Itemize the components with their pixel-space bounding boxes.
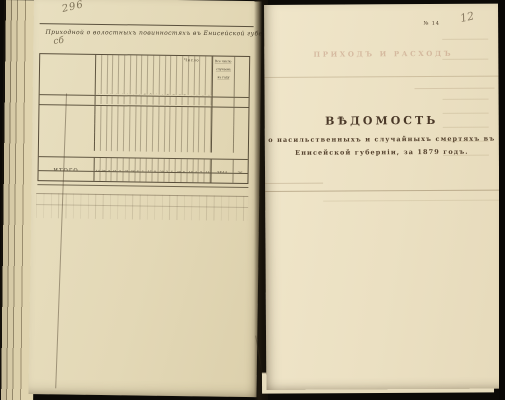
total-value: 5 — [136, 169, 139, 171]
column-header-label: Самоуб. — [160, 94, 164, 95]
total-kop-cell: 36 — [233, 160, 247, 173]
kop-cell: 5 — [233, 135, 247, 144]
inserted-sheet-edge — [40, 23, 254, 27]
column-header-label: Паденія — [171, 94, 175, 95]
row-label-cell: — Минусинскомъ . — [39, 141, 95, 151]
printed-page-number: № 14 — [424, 20, 440, 26]
total-value: 281 — [159, 170, 162, 172]
total-label: ИТОГО — [46, 166, 87, 171]
column-header-label: Скоропост. — [154, 94, 158, 95]
page-subtitle-line2: Енисейской губерніи, за 1879 годъ. — [265, 148, 499, 157]
rub-cell: 783 — [211, 107, 233, 116]
column-header-label: Сгорѣвш. — [131, 93, 135, 94]
left-page-heading: Приходной о волостныхъ повинностяхъ въ Е… — [45, 29, 249, 37]
column-header-label: Замерзш. — [113, 93, 117, 94]
total-value: 1 — [142, 170, 145, 172]
total-value: 106 — [188, 170, 191, 172]
subheader-cols — [96, 96, 212, 107]
statistics-table: Число Утонувш.Удавивш.Угорѣвш.Замерзш.Оп… — [37, 53, 250, 184]
total-column-header: Все числослучаевъвъ году — [212, 56, 235, 96]
showthrough-grid — [36, 193, 248, 221]
tail-kop — [232, 174, 246, 183]
column-header-label: Удавивш. — [102, 93, 106, 94]
total-kop-value: 36 — [236, 170, 245, 173]
showthrough-line — [443, 99, 489, 100]
left-page: 296 Приходной о волостныхъ повинностяхъ … — [28, 0, 262, 397]
total-value: 3 — [165, 170, 168, 172]
column-header-label: Угорѣвш. — [108, 93, 112, 94]
total-rub-value: 3544 — [215, 170, 229, 173]
data-cell: — — [205, 125, 211, 134]
total-value: 5 — [171, 170, 174, 172]
rotated-headers: Число Утонувш.Удавивш.Угорѣвш.Замерзш.Оп… — [96, 55, 212, 97]
total-value: 8 — [154, 170, 157, 172]
total-value: 7 — [200, 170, 203, 172]
column-header-label: Отъ ранъ — [177, 94, 181, 95]
data-cell: — — [206, 107, 212, 116]
total-value: 41 — [113, 169, 116, 171]
showthrough-line — [415, 88, 495, 89]
total-value: 6 — [183, 170, 186, 172]
table-header-row: Число Утонувш.Удавивш.Угорѣвш.Замерзш.Оп… — [40, 54, 250, 98]
data-cell: — — [205, 116, 211, 125]
total-value: 2 — [119, 169, 122, 171]
showthrough-line — [264, 76, 498, 78]
total-value: 14 — [96, 169, 99, 171]
column-header-label: Опивш. — [119, 93, 123, 94]
column-header-label: Задавлен. — [137, 93, 141, 94]
total-value: 11 — [206, 170, 209, 172]
rub-cell: 448 — [211, 116, 233, 125]
rub-header: Руб. — [211, 97, 233, 106]
handwritten-folio-12: 12 — [459, 9, 475, 25]
total-rub-cell: 3544 — [211, 159, 233, 172]
total-value: 212 — [125, 169, 128, 171]
table-tail-row — [38, 171, 247, 183]
data-cell: — — [205, 134, 211, 143]
kop-cell: — — [233, 126, 247, 135]
column-header-label: Утонувш. — [96, 93, 100, 94]
column-header-label: Неизвѣст. — [189, 94, 193, 95]
kop-cell: 36 — [233, 117, 247, 126]
column-header-label: Женщинъ — [206, 94, 210, 95]
showthrough-line — [442, 39, 488, 40]
table-stub-header — [40, 54, 97, 95]
column-header-label: Мужчинъ — [200, 94, 204, 95]
column-header-label: Случайно — [183, 94, 187, 95]
showthrough-line — [265, 190, 499, 192]
total-title-line: Все число — [215, 60, 232, 64]
tail-stub — [38, 171, 94, 181]
rub-cell: 934 — [211, 143, 233, 152]
handwritten-folio-296: 296 — [61, 0, 85, 15]
kop-cell: 36 — [233, 144, 247, 153]
right-black-border — [499, 0, 505, 400]
total-value: 36 — [130, 169, 133, 171]
tail-rub — [210, 173, 232, 182]
total-column-title: Все числослучаевъвъ году — [213, 57, 234, 84]
table-double-rule — [37, 184, 248, 188]
rub-cell: 579 — [211, 134, 233, 143]
book-scan: 296 Приходной о волостныхъ повинностяхъ … — [0, 0, 505, 400]
total-value: 96 — [101, 169, 104, 171]
rub-cell: 800 — [211, 125, 233, 134]
subheader-cell — [206, 97, 212, 105]
total-value: 156 — [148, 170, 151, 172]
page-subtitle-line1: о насильственныхъ и случайныхъ смертяхъ … — [265, 135, 499, 144]
total-column-header-b — [234, 57, 249, 97]
showthrough-line — [265, 183, 323, 184]
total-title-line: случаевъ — [216, 68, 231, 72]
page-title: ВѢДОМОСТЬ — [265, 114, 499, 128]
kop-header: Коп. — [233, 98, 247, 107]
data-cell: — — [205, 143, 211, 152]
column-header-label: Молніею — [148, 94, 152, 95]
showthrough-line — [323, 200, 499, 202]
bleedthrough-heading: ПРИХОДЪ И РАСХОДЪ — [298, 49, 468, 59]
kop-cell: 29 — [233, 108, 247, 117]
total-cell: 11 — [205, 159, 211, 172]
total-value: 38 — [177, 170, 180, 172]
subheader-stub — [40, 95, 96, 105]
total-value: 7 — [107, 169, 110, 171]
table-body: Въ Красноярскомъ .3—12—47—1—428—151—2—6—… — [39, 105, 249, 153]
total-title-line: въ году — [217, 76, 229, 80]
total-label-cell: ИТОГО — [39, 157, 95, 171]
column-header-label: Отравивш. — [125, 93, 129, 94]
column-header-label: Прочихъ — [195, 94, 199, 95]
column-header-label: Убитыхъ — [142, 94, 146, 95]
tail-cell — [205, 173, 211, 182]
column-header: Женщинъ — [206, 56, 212, 95]
column-header-label: Ушибовъ — [166, 94, 170, 95]
right-page: № 14 12 ПРИХОДЪ И РАСХОДЪ ВѢДОМОСТЬ о на… — [264, 4, 500, 390]
showthrough-line — [442, 59, 488, 60]
handwritten-note: сб — [53, 36, 65, 47]
total-value: 4 — [194, 170, 197, 172]
